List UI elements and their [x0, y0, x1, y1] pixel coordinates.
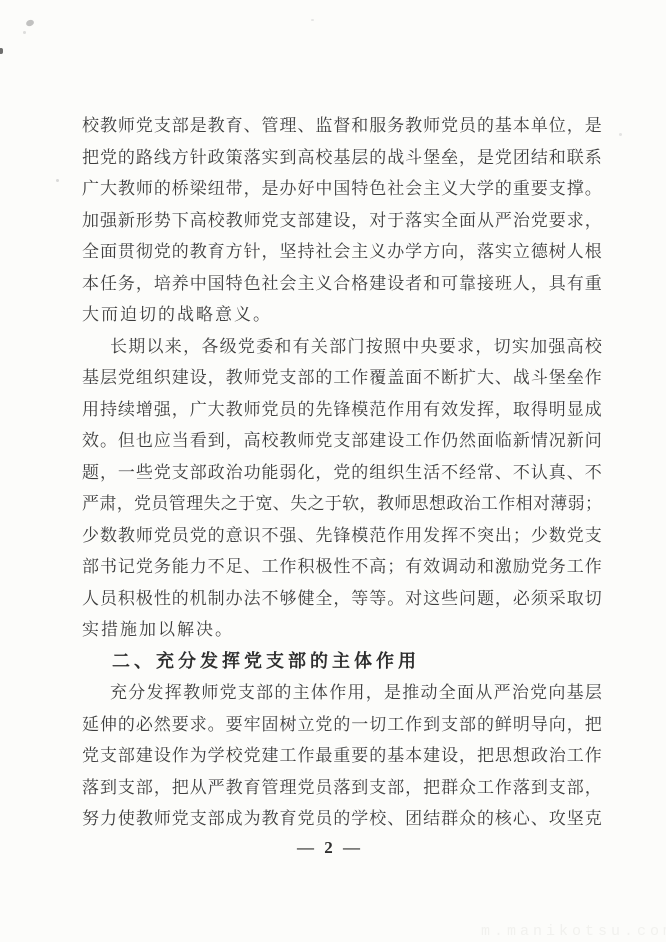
watermark: m.manikotsu.com [481, 923, 666, 940]
text-line: 部书记党务能力不足、工作积极性不高；有效调动和激励党务工作 [82, 551, 602, 583]
scan-speck-icon [56, 179, 59, 182]
section-heading: 二、充分发挥党支部的主体作用 [82, 646, 602, 678]
text-line: 加强新形势下高校教师党支部建设，对于落实全面从严治党要求， [82, 205, 602, 237]
text-line: 校教师党支部是教育、管理、监督和服务教师党员的基本单位，是 [82, 110, 602, 142]
text-line: 严肃，党员管理失之于宽、失之于软，教师思想政治工作相对薄弱； [82, 488, 602, 520]
scan-speck-icon [25, 19, 35, 27]
text-line: 把党的路线方针政策落实到高校基层的战斗堡垒，是党团结和联系 [82, 142, 602, 174]
scan-speck-icon [23, 31, 26, 34]
text-line: 延伸的必然要求。要牢固树立党的一切工作到支部的鲜明导向，把 [82, 709, 602, 741]
text-line: 题，一些党支部政治功能弱化，党的组织生活不经常、不认真、不 [82, 457, 602, 489]
text-line: 实措施加以解决。 [82, 614, 602, 646]
text-line: 长期以来，各级党委和有关部门按照中央要求，切实加强高校 [82, 331, 602, 363]
document-body: 校教师党支部是教育、管理、监督和服务教师党员的基本单位，是把党的路线方针政策落实… [82, 110, 602, 835]
text-line: 大而迫切的战略意义。 [82, 299, 602, 331]
text-line: 广大教师的桥梁纽带，是办好中国特色社会主义大学的重要支撑。 [82, 173, 602, 205]
text-line: 全面贯彻党的教育方针，坚持社会主义办学方向，落实立德树人根 [82, 236, 602, 268]
text-line: 落到支部，把从严教育管理党员落到支部，把群众工作落到支部， [82, 772, 602, 804]
text-line: 用持续增强，广大教师党员的先锋模范作用有效发挥，取得明显成 [82, 394, 602, 426]
document-page: 校教师党支部是教育、管理、监督和服务教师党员的基本单位，是把党的路线方针政策落实… [0, 0, 666, 942]
text-line: 少数教师党员党的意识不强、先锋模范作用发挥不突出；少数党支 [82, 520, 602, 552]
text-line: 充分发挥教师党支部的主体作用，是推动全面从严治党向基层 [82, 677, 602, 709]
text-line: 基层党组织建设，教师党支部的工作覆盖面不断扩大、战斗堡垒作 [82, 362, 602, 394]
text-line: 努力使教师党支部成为教育党员的学校、团结群众的核心、攻坚克 [82, 803, 602, 835]
text-line: 效。但也应当看到，高校教师党支部建设工作仍然面临新情况新问 [82, 425, 602, 457]
text-line: 党支部建设作为学校党建工作最重要的基本建设，把思想政治工作 [82, 740, 602, 772]
scan-speck-icon [0, 48, 3, 54]
page-number: — 2 — [0, 836, 660, 860]
text-line: 人员积极性的机制办法不够健全，等等。对这些问题，必须采取切 [82, 583, 602, 615]
scan-speck-icon [311, 19, 314, 21]
text-line: 本任务，培养中国特色社会主义合格建设者和可靠接班人，具有重 [82, 268, 602, 300]
scan-speck-icon [619, 133, 622, 136]
